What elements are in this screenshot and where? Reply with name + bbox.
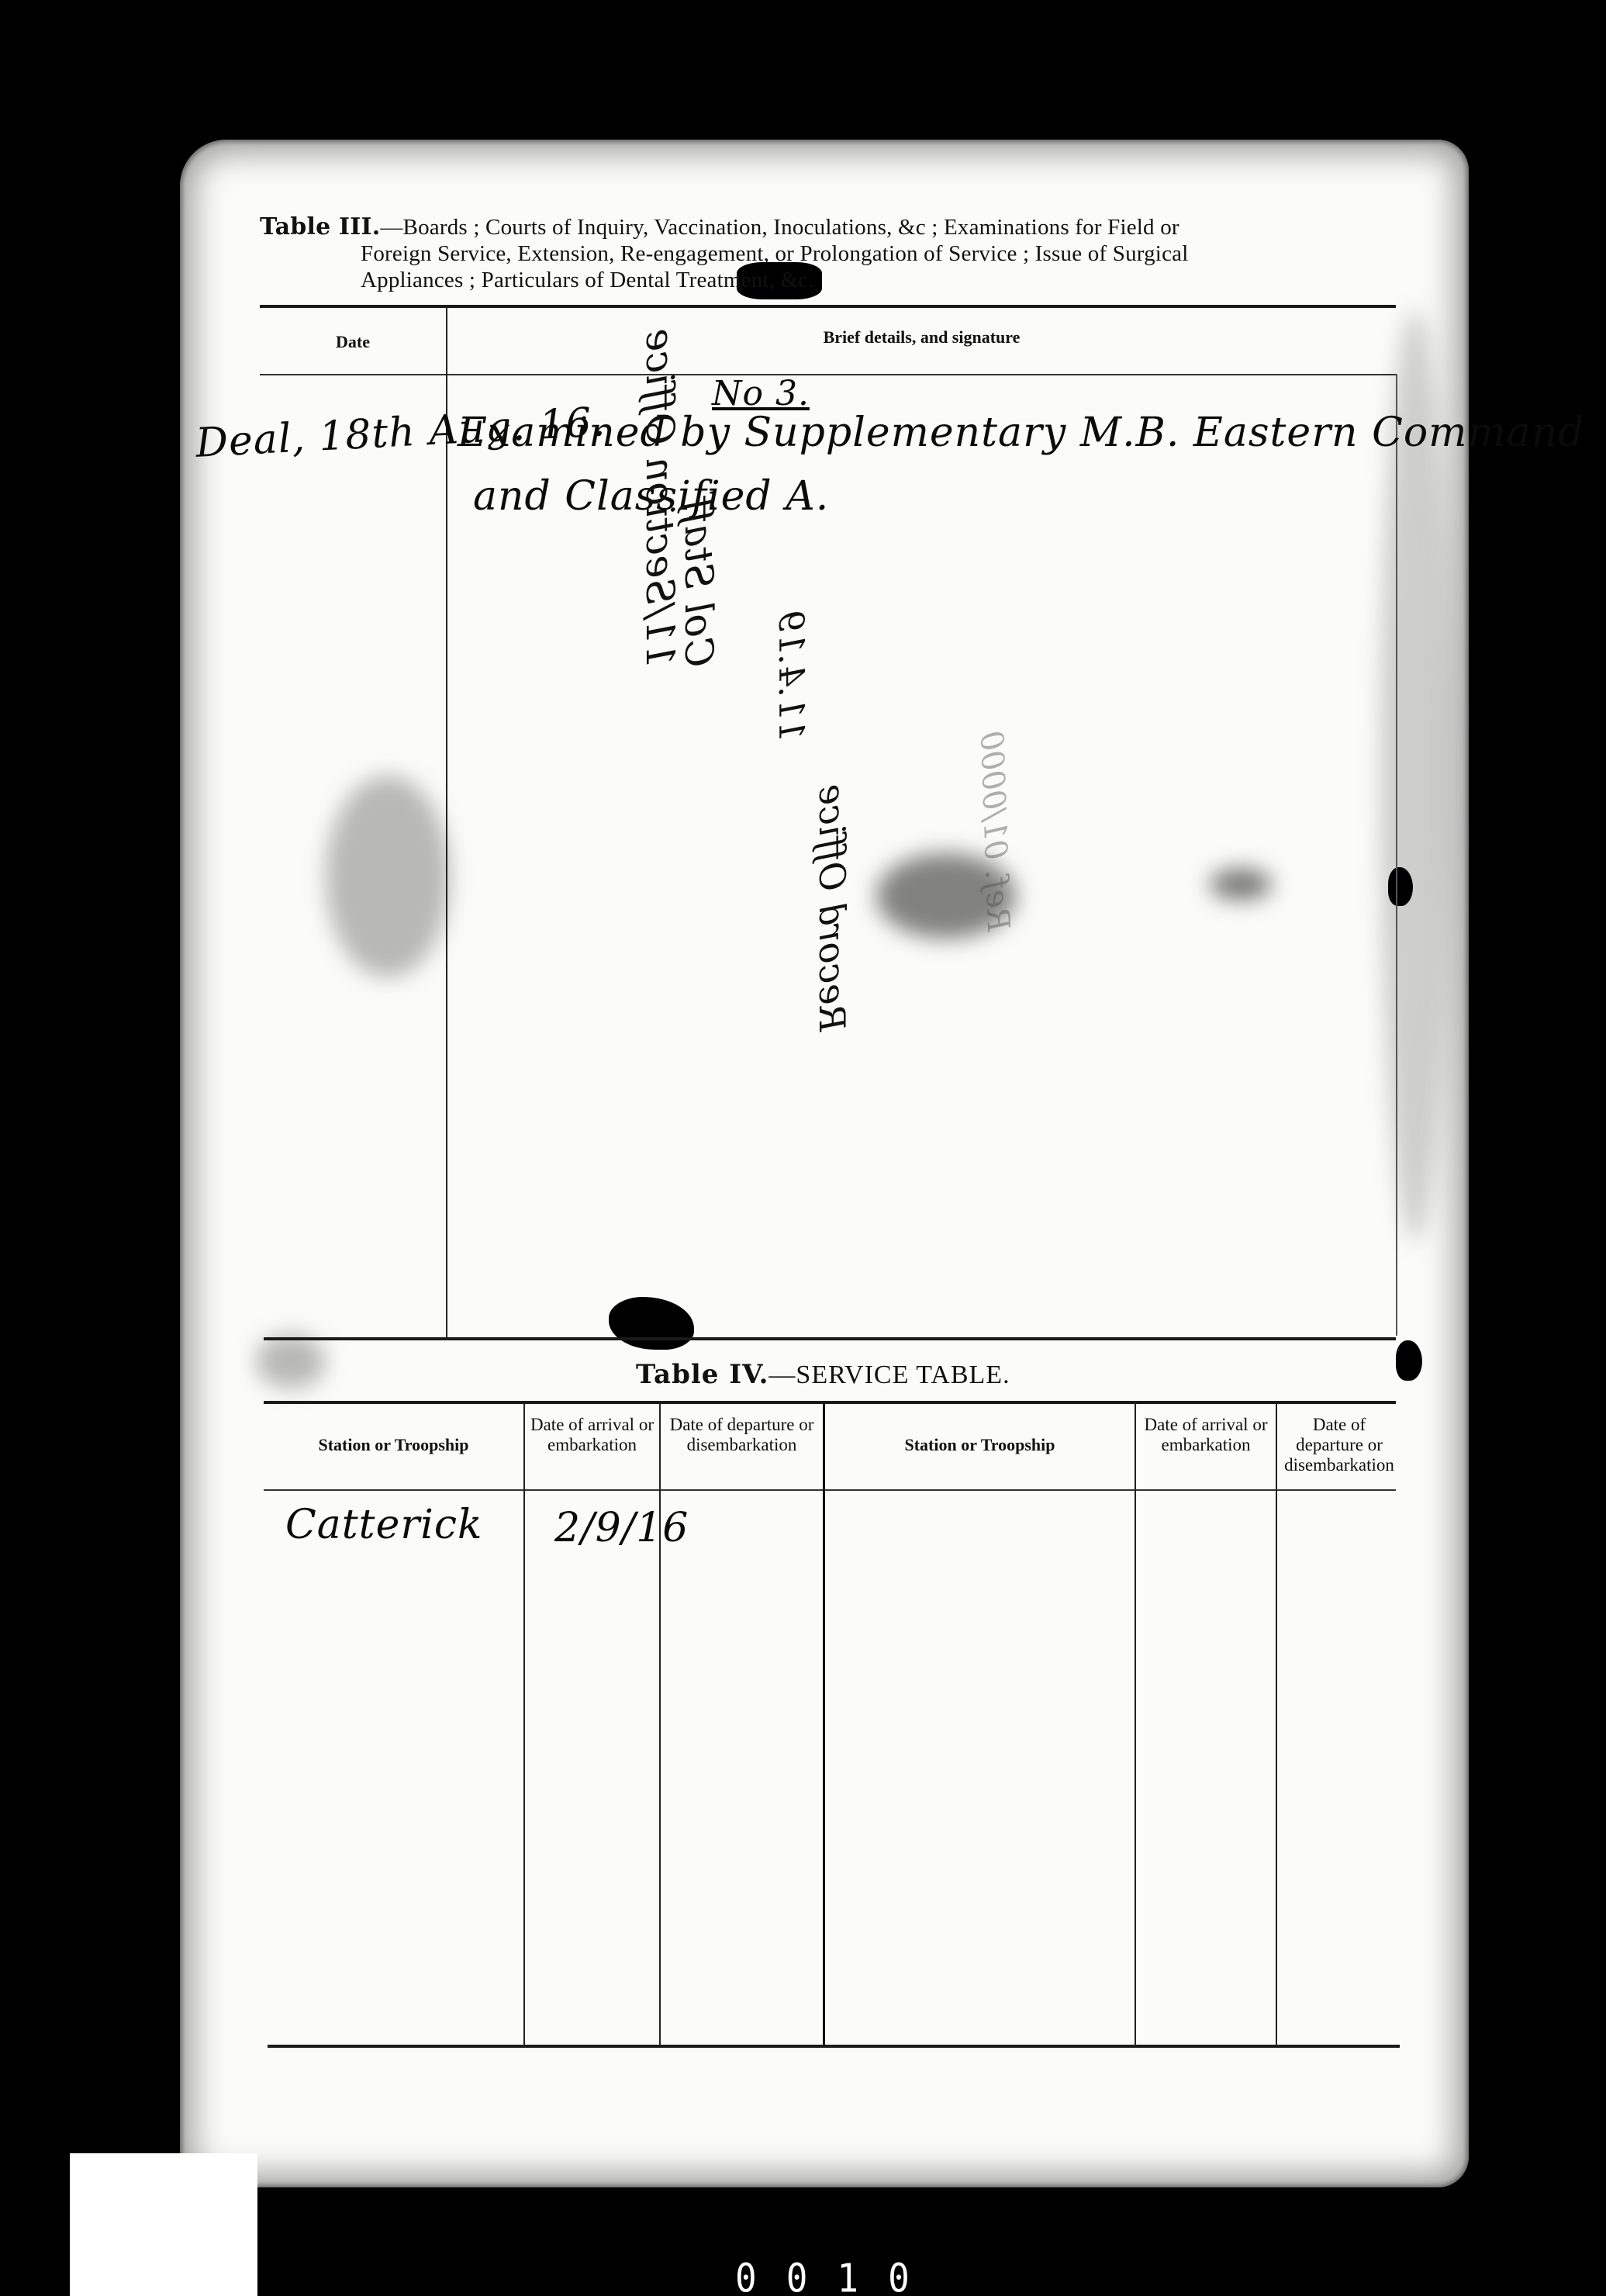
frame-number: 0010: [735, 2255, 939, 2296]
ink-blot: [1396, 1340, 1422, 1381]
table4-col-departure-2: Date of departure or disembarkation: [1277, 1415, 1401, 1475]
show-through-text: 11.4.19: [771, 610, 810, 741]
table4-header-top-rule: [264, 1401, 1396, 1404]
table4-col-arrival-1: Date of arrival or embarkation: [525, 1415, 659, 1455]
service-station: Catterick: [285, 1502, 482, 1548]
table4-top-rule: [264, 1337, 1396, 1340]
table3-right-edge: [1396, 374, 1397, 1336]
entry-details-line1: Examined by Supplementary M.B. Eastern C…: [458, 410, 1585, 456]
table3-title-line3: Appliances ; Particulars of Dental Treat…: [260, 267, 1396, 293]
service-arrival-date: 2/9/16: [554, 1505, 689, 1551]
table4-title-text: —SERVICE TABLE.: [768, 1361, 1010, 1389]
table4-bottom-rule: [268, 2045, 1400, 2048]
show-through-text: Ref. 01/0000: [973, 730, 1016, 932]
stain: [1210, 869, 1272, 900]
table3-title-line1: —Boards ; Courts of Inquiry, Vaccination…: [380, 215, 1179, 240]
table4-col-divider: [1135, 1402, 1136, 2046]
show-through-text: Record Office: [811, 784, 853, 1032]
table4-label: Table IV.: [636, 1359, 768, 1390]
table3-top-rule: [260, 305, 1396, 308]
ink-blot: [1388, 867, 1413, 906]
table4-col-departure-1: Date of departure or disembarkation: [661, 1415, 823, 1455]
table3-header-rule: [260, 374, 1396, 375]
entry-reference: No 3.: [712, 374, 810, 413]
table4-half-divider: [823, 1402, 825, 2046]
table4-col-divider: [659, 1402, 661, 2046]
table4-col-divider: [523, 1402, 525, 2046]
table4-col-divider: [1276, 1402, 1277, 2046]
table3-label: Table III.: [260, 213, 380, 240]
table4-col-station-2: Station or Troopship: [825, 1435, 1135, 1455]
table3-title-line2: Foreign Service, Extension, Re-engagemen…: [260, 240, 1396, 267]
table3-col-date: Date: [260, 332, 446, 352]
table4-title: Table IV.—SERVICE TABLE.: [636, 1359, 1010, 1390]
show-through-text: Col Staff: [676, 496, 721, 667]
show-through-text: 11/Section Office: [637, 328, 682, 667]
stain: [256, 1334, 326, 1388]
stain: [326, 776, 450, 977]
scan-label-patch: [70, 2153, 257, 2296]
table4-header-bottom-rule: [264, 1489, 1396, 1491]
table4-col-station-1: Station or Troopship: [264, 1435, 523, 1455]
table3-title: Table III.—Boards ; Courts of Inquiry, V…: [260, 214, 1396, 293]
table4-col-arrival-2: Date of arrival or embarkation: [1136, 1415, 1276, 1455]
table3-date-divider: [446, 306, 447, 1338]
table3-col-details: Brief details, and signature: [447, 327, 1396, 348]
